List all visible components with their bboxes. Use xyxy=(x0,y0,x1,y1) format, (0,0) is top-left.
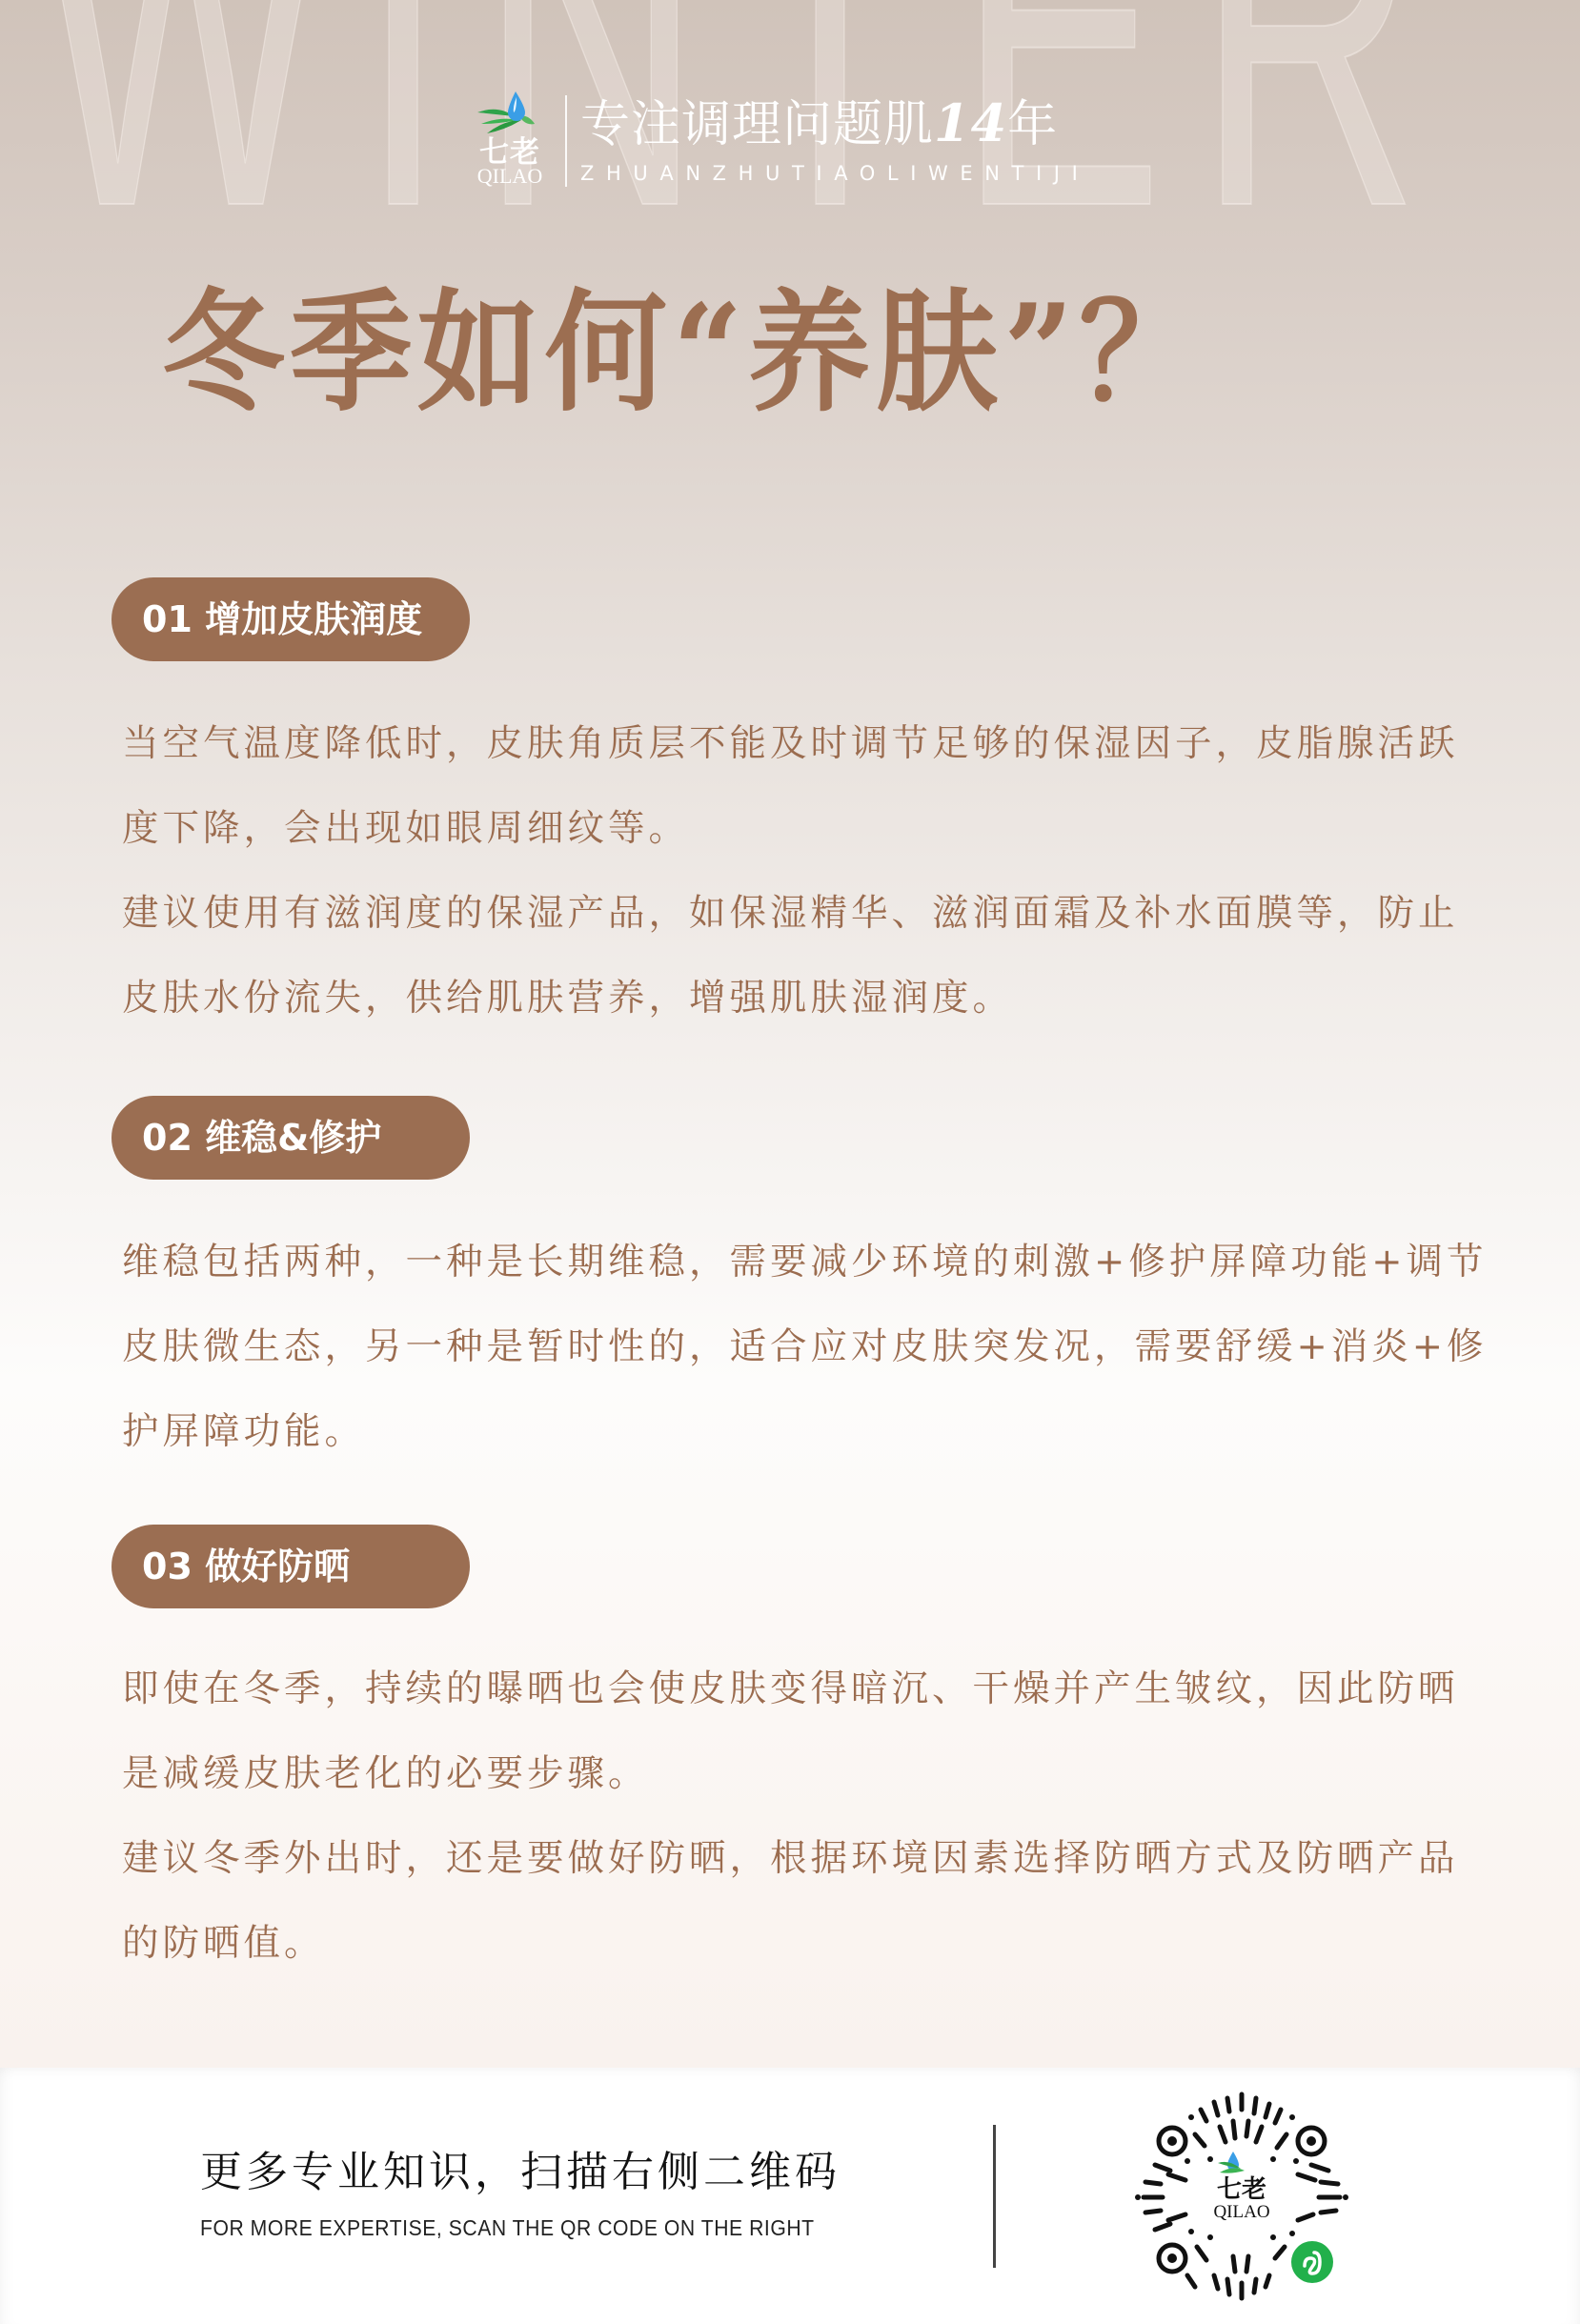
section-body-sunscreen: 即使在冬季，持续的曝晒也会使皮肤变得暗沉、干燥并产生皱纹，因此防晒 是减缓皮肤老… xyxy=(122,1647,1485,1986)
paragraph-line: 的防晒值。 xyxy=(122,1901,1485,1986)
brand-slogan: 专注调理问题肌14年 xyxy=(580,91,1089,156)
qilao-logo: 七老 QILAO xyxy=(464,91,556,191)
brand-header: 七老 QILAO 专注调理问题肌14年 ZHUANZHUTIAOLIWENTIJ… xyxy=(464,91,1089,191)
slogan-years-number: 14 xyxy=(934,92,1007,153)
wechat-miniprogram-icon xyxy=(1291,2241,1333,2283)
section-heading-repair: 02 维稳&修护 xyxy=(111,1096,470,1180)
paragraph-line: 度下降，会出现如眼周细纹等。 xyxy=(122,786,1485,871)
mini-program-qr-code[interactable]: 七老 QILAO xyxy=(1134,2089,1349,2304)
qr-center-logo: 七老 QILAO xyxy=(1194,2144,1289,2249)
paragraph-line: 是减缓皮肤老化的必要步骤。 xyxy=(122,1731,1485,1816)
brand-tagline: 专注调理问题肌14年 ZHUANZHUTIAOLIWENTIJI xyxy=(580,91,1089,191)
paragraph-line: 皮肤水份流失，供给肌肤营养，增强肌肤湿润度。 xyxy=(122,956,1485,1041)
paragraph-line: 建议冬季外出时，还是要做好防晒，根据环境因素选择防晒方式及防晒产品 xyxy=(122,1816,1485,1901)
section-body-moisture: 当空气温度降低时，皮肤角质层不能及时调节足够的保湿因子，皮脂腺活跃 度下降，会出… xyxy=(122,701,1485,1041)
section-heading-sunscreen: 03 做好防晒 xyxy=(111,1525,470,1608)
qr-logo-english: QILAO xyxy=(1194,2203,1289,2222)
brand-pinyin: ZHUANZHUTIAOLIWENTIJI xyxy=(580,162,1089,185)
page-title: 冬季如何“养肤”？ xyxy=(162,272,1341,434)
section-body-repair: 维稳包括两种，一种是长期维稳，需要减少环境的刺激+修护屏障功能+调节 皮肤微生态… xyxy=(122,1220,1485,1474)
logo-english-text: QILAO xyxy=(464,164,556,189)
footer-cta: 更多专业知识，扫描右侧二维码 xyxy=(200,2146,841,2199)
footer-cta-english: FOR MORE EXPERTISE, SCAN THE QR CODE ON … xyxy=(200,2214,815,2241)
brand-divider xyxy=(565,95,567,187)
paragraph-line: 皮肤微生态，另一种是暂时性的，适合应对皮肤突发况，需要舒缓+消炎+修 xyxy=(122,1304,1485,1389)
paragraph-line: 护屏障功能。 xyxy=(122,1389,1485,1474)
paragraph-line: 当空气温度降低时，皮肤角质层不能及时调节足够的保湿因子，皮脂腺活跃 xyxy=(122,701,1485,786)
paragraph-line: 建议使用有滋润度的保湿产品，如保湿精华、滋润面霜及补水面膜等，防止 xyxy=(122,871,1485,956)
footer-divider xyxy=(993,2125,996,2268)
qr-logo-chinese: 七老 xyxy=(1194,2176,1289,2203)
footer: 更多专业知识，扫描右侧二维码 FOR MORE EXPERTISE, SCAN … xyxy=(0,2068,1580,2324)
slogan-suffix: 年 xyxy=(1007,96,1058,153)
paragraph-line: 即使在冬季，持续的曝晒也会使皮肤变得暗沉、干燥并产生皱纹，因此防晒 xyxy=(122,1647,1485,1731)
section-heading-moisture: 01 增加皮肤润度 xyxy=(111,577,470,661)
slogan-prefix: 专注调理问题肌 xyxy=(580,96,934,153)
paragraph-line: 维稳包括两种，一种是长期维稳，需要减少环境的刺激+修护屏障功能+调节 xyxy=(122,1220,1485,1304)
